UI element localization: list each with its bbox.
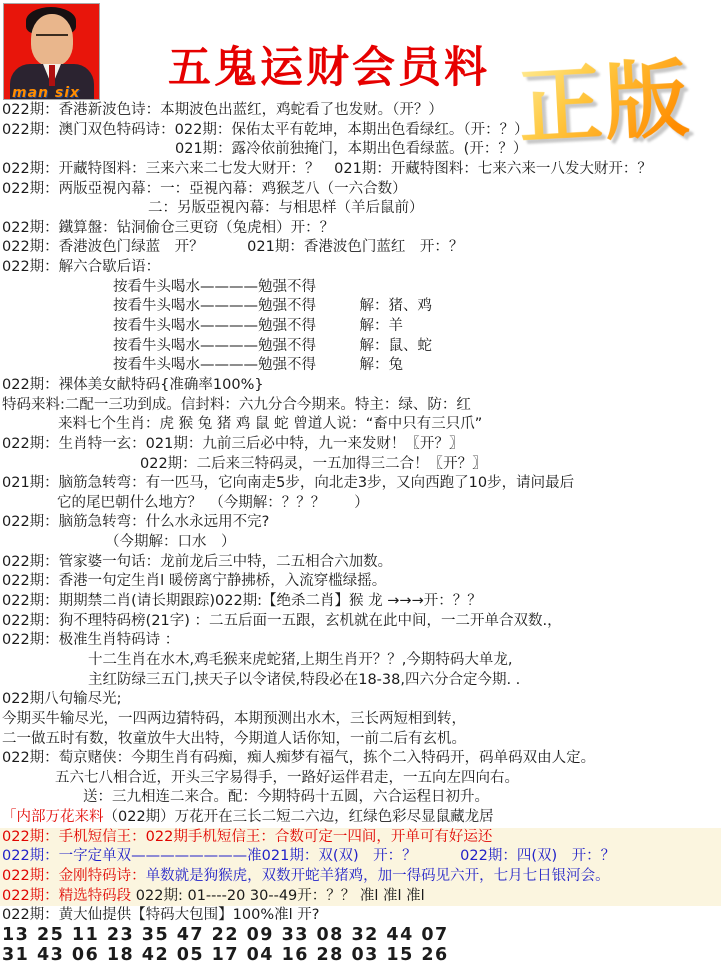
text-segment: 022期：解六合歇后语：: [2, 259, 160, 275]
portrait-glasses: [36, 34, 68, 43]
text-segment: 按看牛头喝水————勉强不得 解：猪、鸡: [113, 298, 432, 314]
text-segment: 022期：极准生肖特码诗 ：: [2, 632, 179, 648]
text-segment: 它的尾巴朝什么地方？ （今期解：？？？ ）: [57, 495, 369, 511]
text-line: 022期：萄京赌侠：今期生肖有码痴，痴人痴梦有福气，拣个二入特码开，码单码双由人…: [0, 749, 721, 769]
text-line: 022期：黄大仙提供【特码大包围】100%准l 开?: [0, 906, 721, 926]
text-line: 022期：澳门双色特码诗：022期：保佑太平有乾坤，本期出色看绿红。（开：？）: [0, 121, 721, 141]
text-segment: 按看牛头喝水————勉强不得: [113, 279, 316, 295]
text-line: 022期：两版亞視內幕：一：亞視內幕：鸡猴芝八（一六合数）: [0, 180, 721, 200]
text-segment: 021期：脑筋急转弯：有一匹马，它向南走5步，向北走3步，又向西跑了10步，请问…: [2, 475, 574, 491]
text-segment: 022期：开藏特图料：三来六来二七发大财开：？ 021期：开藏特图料：七来六来一…: [2, 161, 652, 177]
text-line: 022期：脑筋急转弯：什么水永远用不完?: [0, 513, 721, 533]
text-segment: 022期：香港一句定生肖l 暖傍离宁静拂桥，入流穿槛绿摇。: [2, 573, 386, 589]
text-line: 022期：管家婆一句话：龙前龙后三中特，二五相合六加数。: [0, 553, 721, 573]
text-line: 「内部万花来料（022期）万花开在三长二短二六边，红绿色彩尽显鼠藏龙居: [0, 808, 721, 828]
text-segment: 来料七个生肖：虎 猴 兔 猪 鸡 鼠 蛇 曾道人说：“畜中只有三只爪”: [58, 416, 482, 432]
text-segment: 022期：管家婆一句话：龙前龙后三中特，二五相合六加数。: [2, 554, 392, 570]
text-line: 022期：期期禁二肖(请长期跟踪)022期:【绝杀二肖】猴 龙 →→→开：？？: [0, 592, 721, 612]
portrait-photo: man six: [3, 3, 100, 100]
text-segment: 022期：萄京赌侠：今期生肖有码痴，痴人痴梦有福气，拣个二入特码开，码单码双由人…: [2, 750, 595, 766]
text-segment: 二一做五时有数，牧童放牛大出特，今期道人话你知，一前二后有玄机。: [2, 731, 466, 747]
text-segment: 五六七八相合近，开头三字易得手，一路好运伴君走，一五向左四向右。: [55, 770, 519, 786]
text-segment: 「内部万花来料: [2, 809, 104, 825]
text-line: 十二生肖在水木,鸡毛猴来虎蛇猪,上期生肖开？？,今期特码大单龙,: [0, 651, 721, 671]
text-line: 022期：裸体美女献特码{准确率100%}: [0, 376, 721, 396]
text-line: 按看牛头喝水————勉强不得: [0, 278, 721, 298]
text-segment: 十二生肖在水木,鸡毛猴来虎蛇猪,上期生肖开？？,今期特码大单龙,: [88, 652, 512, 668]
text-line: 按看牛头喝水————勉强不得 解：兔: [0, 356, 721, 376]
text-line: 按看牛头喝水————勉强不得 解：羊: [0, 317, 721, 337]
text-segment: （022期）万花开在三长二短二六边，红绿色彩尽显鼠藏龙居: [104, 809, 494, 825]
text-segment: 022期：生肖特一玄：021期：九前三后必中特，九一来发财！〖开？〗: [2, 436, 463, 452]
text-segment: 按看牛头喝水————勉强不得 解：鼠、蛇: [113, 338, 432, 354]
text-line: 022期：手机短信王：022期手机短信王：合数可定一四间，开单可有好运还: [0, 828, 721, 848]
text-segment: 二：另版亞視內幕：与相思样（羊后鼠前）: [148, 200, 424, 216]
text-segment: 022期：澳门双色特码诗：022期：保佑太平有乾坤，本期出色看绿红。（开：？）: [2, 122, 529, 138]
text-segment: 31 43 06 18 42 05 17 04 16 28 03 15 26: [2, 945, 449, 965]
portrait-watermark: man six: [12, 85, 80, 100]
text-segment: 022期：期期禁二肖(请长期跟踪)022期:【绝杀二肖】猴 龙 →→→开：？？: [2, 593, 482, 609]
text-line: 022期：香港新波色诗：本期波色出蓝红，鸡蛇看了也发财。（开？）: [0, 101, 721, 121]
text-segment: 022期：香港新波色诗：本期波色出蓝红，鸡蛇看了也发财。（开？）: [2, 102, 443, 118]
text-line: 022期：香港波色门绿蓝 开？ 021期：香港波色门蓝红 开：？: [0, 238, 721, 258]
text-line: 022期：精选特码段 022期: 01----20 30--49开：？？ 准l …: [0, 887, 721, 907]
text-segment: 按看牛头喝水————勉强不得 解：羊: [113, 318, 403, 334]
text-line: 022期八句输尽光;: [0, 690, 721, 710]
content-lines: 022期：香港新波色诗：本期波色出蓝红，鸡蛇看了也发财。（开？）022期：澳门双…: [0, 101, 721, 965]
page-title: 五鬼运财会员料: [168, 34, 490, 95]
text-segment: 今期买牛输尽光，一四两边猜特码，本期预测出水木，三长两短相到转，: [2, 711, 466, 727]
text-segment: （今期解：口水 ）: [105, 534, 236, 550]
text-segment: 按看牛头喝水————勉强不得 解：兔: [113, 357, 403, 373]
text-segment: 022期：脑筋急转弯：什么水永远用不完?: [2, 514, 269, 530]
text-segment: 022期：香港波色门绿蓝 开？ 021期：香港波色门蓝红 开：？: [2, 239, 463, 255]
text-line: 022期：开藏特图料：三来六来二七发大财开：？ 021期：开藏特图料：七来六来一…: [0, 160, 721, 180]
text-line: 今期买牛输尽光，一四两边猜特码，本期预测出水木，三长两短相到转，: [0, 710, 721, 730]
text-line: 022期：生肖特一玄：021期：九前三后必中特，九一来发财！〖开？〗: [0, 435, 721, 455]
text-line: 022期：鐵算盤：钻洞偷仓三更窃（兔虎相）开：？: [0, 219, 721, 239]
text-line: 31 43 06 18 42 05 17 04 16 28 03 15 26: [0, 946, 721, 966]
text-line: 022期：狗不理特码榜(21字) ：二五后面一五跟，玄机就在此中间，一二开单合双…: [0, 612, 721, 632]
text-line: 它的尾巴朝什么地方？ （今期解：？？？ ）: [0, 494, 721, 514]
text-segment: 022期：鐵算盤：钻洞偷仓三更窃（兔虎相）开：？: [2, 220, 334, 236]
text-line: 021期：露冷依前独掩门，本期出色看绿蓝。(开：？）: [0, 140, 721, 160]
text-segment: 022期：裸体美女献特码{准确率100%}: [2, 377, 264, 393]
text-line: 022期：解六合歇后语：: [0, 258, 721, 278]
text-segment: 单数就是狗猴虎，双数开蛇羊猪鸡，加一得码见六开，七月七日银河会。: [146, 868, 610, 884]
text-segment: 送：三九相连二来合。配：今期特码十五圆，六合运程日初升。: [83, 789, 489, 805]
text-line: 022期：香港一句定生肖l 暖傍离宁静拂桥，入流穿槛绿摇。: [0, 572, 721, 592]
text-segment: 022期：二后来三特码灵，一五加得三二合！〖开？〗: [140, 456, 487, 472]
text-segment: 022期：两版亞視內幕：一：亞視內幕：鸡猴芝八（一六合数）: [2, 181, 407, 197]
text-segment: 021期：露冷依前独掩门，本期出色看绿蓝。(开：？）: [175, 141, 527, 157]
text-line: 二：另版亞視內幕：与相思样（羊后鼠前）: [0, 199, 721, 219]
text-segment: 022期：手机短信王：022期手机短信王：合数可定一四间，开单可有好运还: [2, 829, 492, 845]
text-line: 021期：脑筋急转弯：有一匹马，它向南走5步，向北走3步，又向西跑了10步，请问…: [0, 474, 721, 494]
text-segment: 022期：狗不理特码榜(21字) ：二五后面一五跟，玄机就在此中间，一二开单合双…: [2, 613, 562, 629]
text-line: 二一做五时有数，牧童放牛大出特，今期道人话你知，一前二后有玄机。: [0, 730, 721, 750]
text-segment: 主红防绿三五门,挟天子以令诸侯,特段必在18-38,四六分合定今期. .: [88, 672, 520, 688]
portrait-tie: [49, 65, 55, 86]
text-line: 按看牛头喝水————勉强不得 解：猪、鸡: [0, 297, 721, 317]
text-segment: 022期八句输尽光;: [2, 691, 122, 707]
text-line: 主红防绿三五门,挟天子以令诸侯,特段必在18-38,四六分合定今期. .: [0, 671, 721, 691]
text-segment: 022期：精选特码段: [2, 888, 136, 904]
text-line: （今期解：口水 ）: [0, 533, 721, 553]
text-line: 022期：二后来三特码灵，一五加得三二合！〖开？〗: [0, 455, 721, 475]
text-line: 022期：金刚特码诗：单数就是狗猴虎，双数开蛇羊猪鸡，加一得码见六开，七月七日银…: [0, 867, 721, 887]
text-segment: 022期：黄大仙提供【特码大包围】100%准l 开?: [2, 907, 319, 923]
text-line: 特码来料:二配一三功到成。信封料：六九分合今期来。特主：绿、防：红: [0, 396, 721, 416]
text-line: 022期：极准生肖特码诗 ：: [0, 631, 721, 651]
text-line: 13 25 11 23 35 47 22 09 33 08 32 44 07: [0, 926, 721, 946]
text-segment: 13 25 11 23 35 47 22 09 33 08 32 44 07: [2, 925, 449, 945]
text-line: 022期：一字定单双————————准021期：双(双) 开：？ 022期：四(…: [0, 847, 721, 867]
text-segment: 022期：金刚特码诗：: [2, 868, 146, 884]
text-line: 来料七个生肖：虎 猴 兔 猪 鸡 鼠 蛇 曾道人说：“畜中只有三只爪”: [0, 415, 721, 435]
text-line: 五六七八相合近，开头三字易得手，一路好运伴君走，一五向左四向右。: [0, 769, 721, 789]
text-line: 送：三九相连二来合。配：今期特码十五圆，六合运程日初升。: [0, 788, 721, 808]
text-segment: 022期: 01----20 30--49开：？？ 准l 准l 准l: [136, 888, 425, 904]
text-segment: 特码来料:二配一三功到成。信封料：六九分合今期来。特主：绿、防：红: [2, 397, 471, 413]
text-line: 按看牛头喝水————勉强不得 解：鼠、蛇: [0, 337, 721, 357]
text-segment: 022期：一字定单双————————准021期：双(双) 开：？ 022期：四(…: [2, 848, 615, 864]
